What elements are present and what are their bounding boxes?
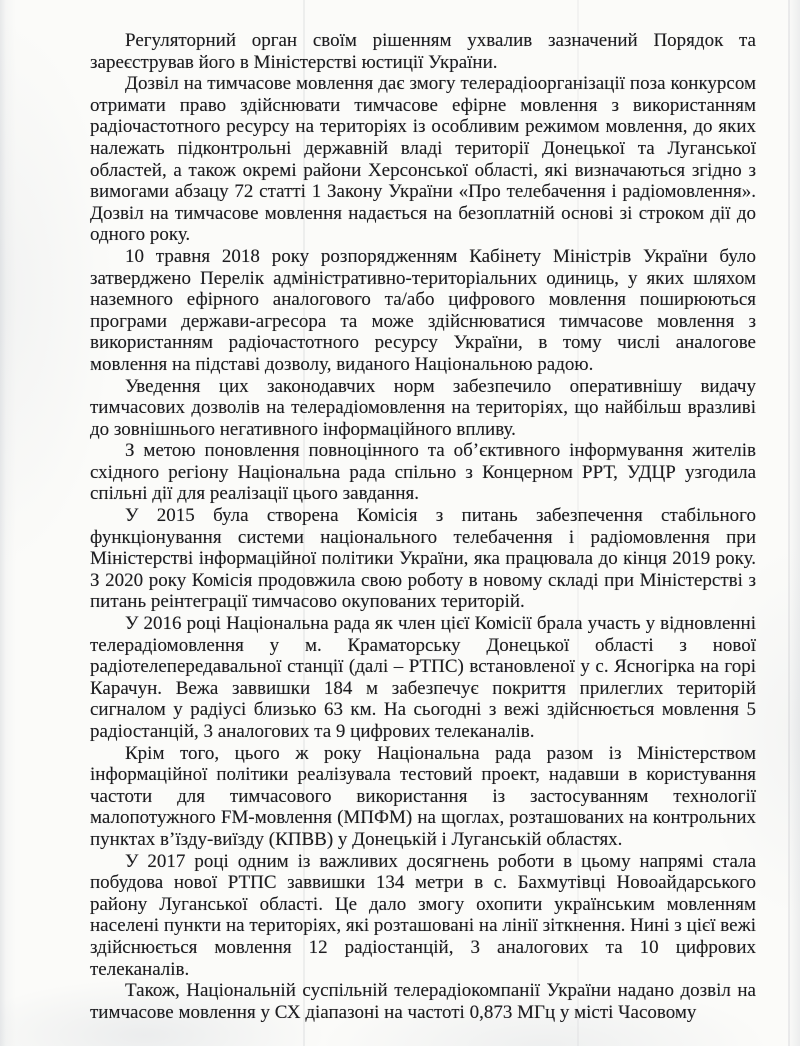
scanned-page: Регуляторний орган своїм рішенням ухвали… <box>0 0 800 1046</box>
paragraph-temporary-broadcast-permit: Дозвіл на тимчасове мовлення дає змогу т… <box>90 73 756 246</box>
paragraph-fm-test-project: Крім того, цього ж року Національна рада… <box>90 743 756 851</box>
document-text: Регуляторний орган своїм рішенням ухвали… <box>90 30 756 1023</box>
page-edge-shadow <box>788 0 790 1046</box>
paragraph-regulator-decision: Регуляторний орган своїм рішенням ухвали… <box>90 30 756 73</box>
paragraph-commission-2015: У 2015 була створена Комісія з питань за… <box>90 505 756 613</box>
paragraph-joint-actions: З метою поновлення повноцінного та об’єк… <box>90 440 756 505</box>
paragraph-kramatorsk-2016: У 2016 році Національна рада як член ціє… <box>90 613 756 743</box>
paragraph-cabinet-order-2018: 10 травня 2018 року розпорядженням Кабін… <box>90 246 756 376</box>
paragraph-legislative-norms: Уведення цих законодавчих норм забезпечи… <box>90 376 756 441</box>
paragraph-suspilne-am-permit: Також, Національній суспільній телерадіо… <box>90 980 756 1023</box>
paragraph-bakhmutivka-2017: У 2017 році одним із важливих досягнень … <box>90 851 756 981</box>
